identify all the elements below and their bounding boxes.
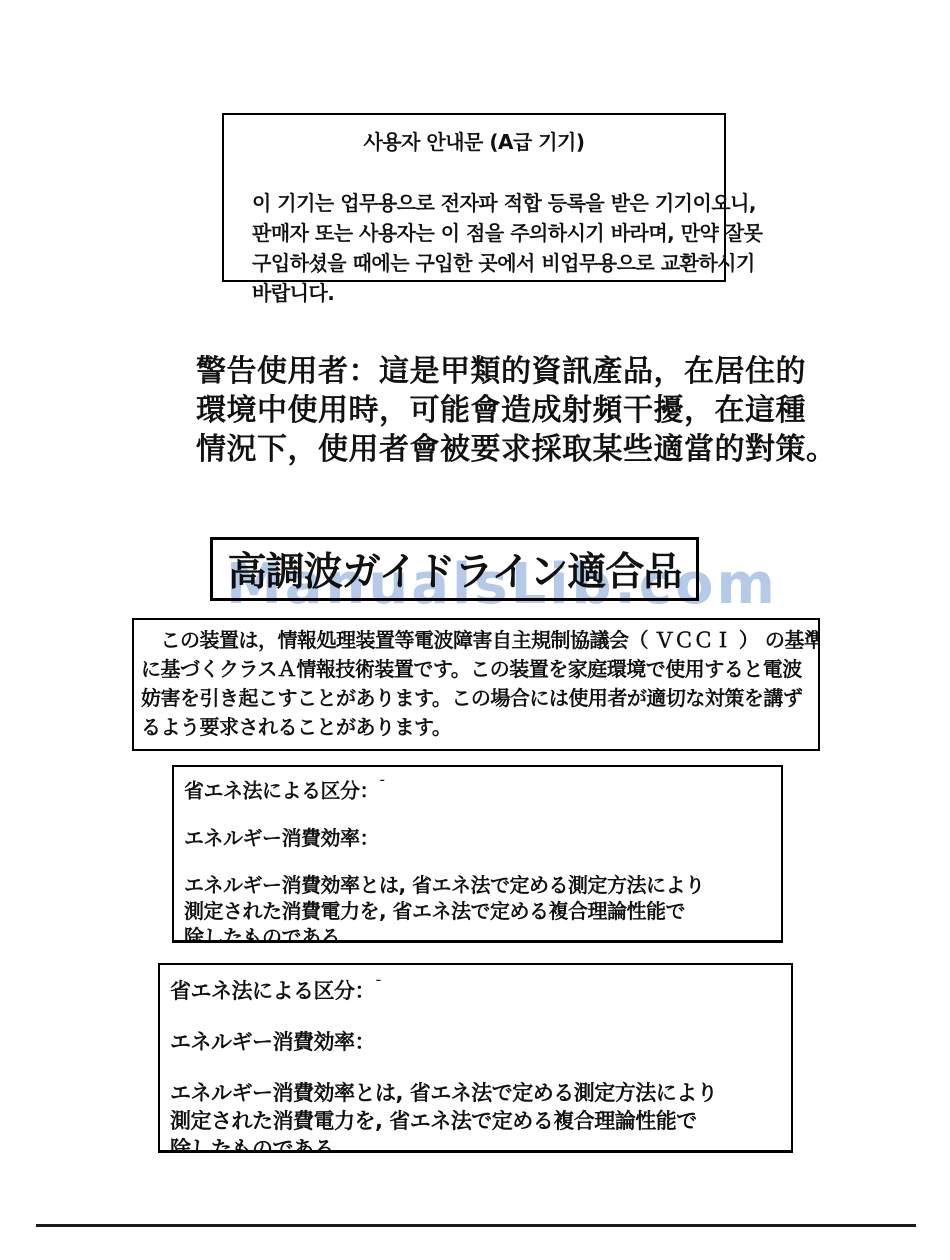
energy-description-line: 除したものである。 [184,924,771,943]
harmonics-guideline-title-box: 高調波ガイドライン適合品 [210,537,699,601]
korean-notice-body-line: 구입하셨을 때에는 구입한 곳에서 비업무용으로 교환하시기 [252,248,700,278]
chinese-warning-line: 環境中使用時，可能會造成射頻干擾，在這種 [196,391,762,430]
energy-description-line: エネルギー消費効率とは, 省エネ法で定める測定方法により [184,872,771,898]
vcci-notice-line: るよう要求されることがあります。 [141,713,811,742]
energy-efficiency-label: エネルギー消費効率： [170,1028,781,1056]
korean-notice-body-line: 판매자 또는 사용자는 이 점을 주의하시기 바라며, 만약 잘못 [252,218,700,248]
energy-description-line: 除したものである。 [170,1135,781,1153]
energy-description-line: 測定された消費電力を, 省エネ法で定める複合理論性能で [184,898,771,924]
chinese-class-a-warning: 警告使用者：這是甲類的資訊產品，在居住的 環境中使用時，可能會造成射頻干擾，在這… [196,352,762,469]
energy-category-mark: ¯ [375,978,381,994]
energy-category-line: 省エネ法による区分：¯ [184,774,771,804]
energy-category-line: 省エネ法による区分：¯ [170,972,781,1005]
energy-description: エネルギー消費効率とは, 省エネ法で定める測定方法により 測定された消費電力を,… [170,1079,781,1153]
vcci-notice-box: この装置は，情報処理装置等電波障害自主規制協議会（ ＶＣＣＩ ） の基準 に基づ… [132,618,820,751]
chinese-warning-line: 情況下，使用者會被要求採取某些適當的對策。 [196,430,762,469]
harmonics-guideline-title: 高調波ガイドライン適合品 [228,541,682,597]
korean-notice-body-line: 바랍니다. [252,278,700,308]
energy-law-notice-box-2: 省エネ法による区分：¯ エネルギー消費効率： エネルギー消費効率とは, 省エネ法… [158,963,793,1153]
vcci-notice-line: この装置は，情報処理装置等電波障害自主規制協議会（ ＶＣＣＩ ） の基準 [141,626,811,655]
chinese-warning-line: 警告使用者：這是甲類的資訊產品，在居住的 [196,352,762,391]
energy-description-line: エネルギー消費効率とは, 省エネ法で定める測定方法により [170,1079,781,1107]
vcci-notice-line: 妨害を引き起こすことがあります。この場合には使用者が適切な対策を講ず [141,684,811,713]
energy-efficiency-label: エネルギー消費効率： [184,825,771,851]
korean-notice-body: 이 기기는 업무용으로 전자파 적합 등록을 받은 기기이오니, 판매자 또는 … [252,188,700,308]
energy-law-notice-box-1: 省エネ法による区分：¯ エネルギー消費効率： エネルギー消費効率とは, 省エネ法… [172,765,783,943]
korean-notice-body-line: 이 기기는 업무용으로 전자파 적합 등록을 받은 기기이오니, [252,188,700,218]
energy-category-label: 省エネ法による区分： [170,979,375,1003]
korean-class-a-notice-box: 사용자 안내문 (A급 기기) 이 기기는 업무용으로 전자파 적합 등록을 받… [222,113,726,282]
korean-notice-title: 사용자 안내문 (A급 기기) [224,126,724,155]
vcci-notice-line: に基づくクラスＡ情報技術装置です。この装置を家庭環境で使用すると電波 [141,655,811,684]
footer-rule [36,1224,916,1227]
energy-description: エネルギー消費効率とは, 省エネ法で定める測定方法により 測定された消費電力を,… [184,872,771,943]
energy-description-line: 測定された消費電力を, 省エネ法で定める複合理論性能で [170,1107,781,1135]
energy-category-mark: ¯ [379,779,385,794]
manual-page: { "watermark": { "text": "ManualsLib.com… [0,0,950,1260]
energy-category-label: 省エネ法による区分： [184,779,379,803]
